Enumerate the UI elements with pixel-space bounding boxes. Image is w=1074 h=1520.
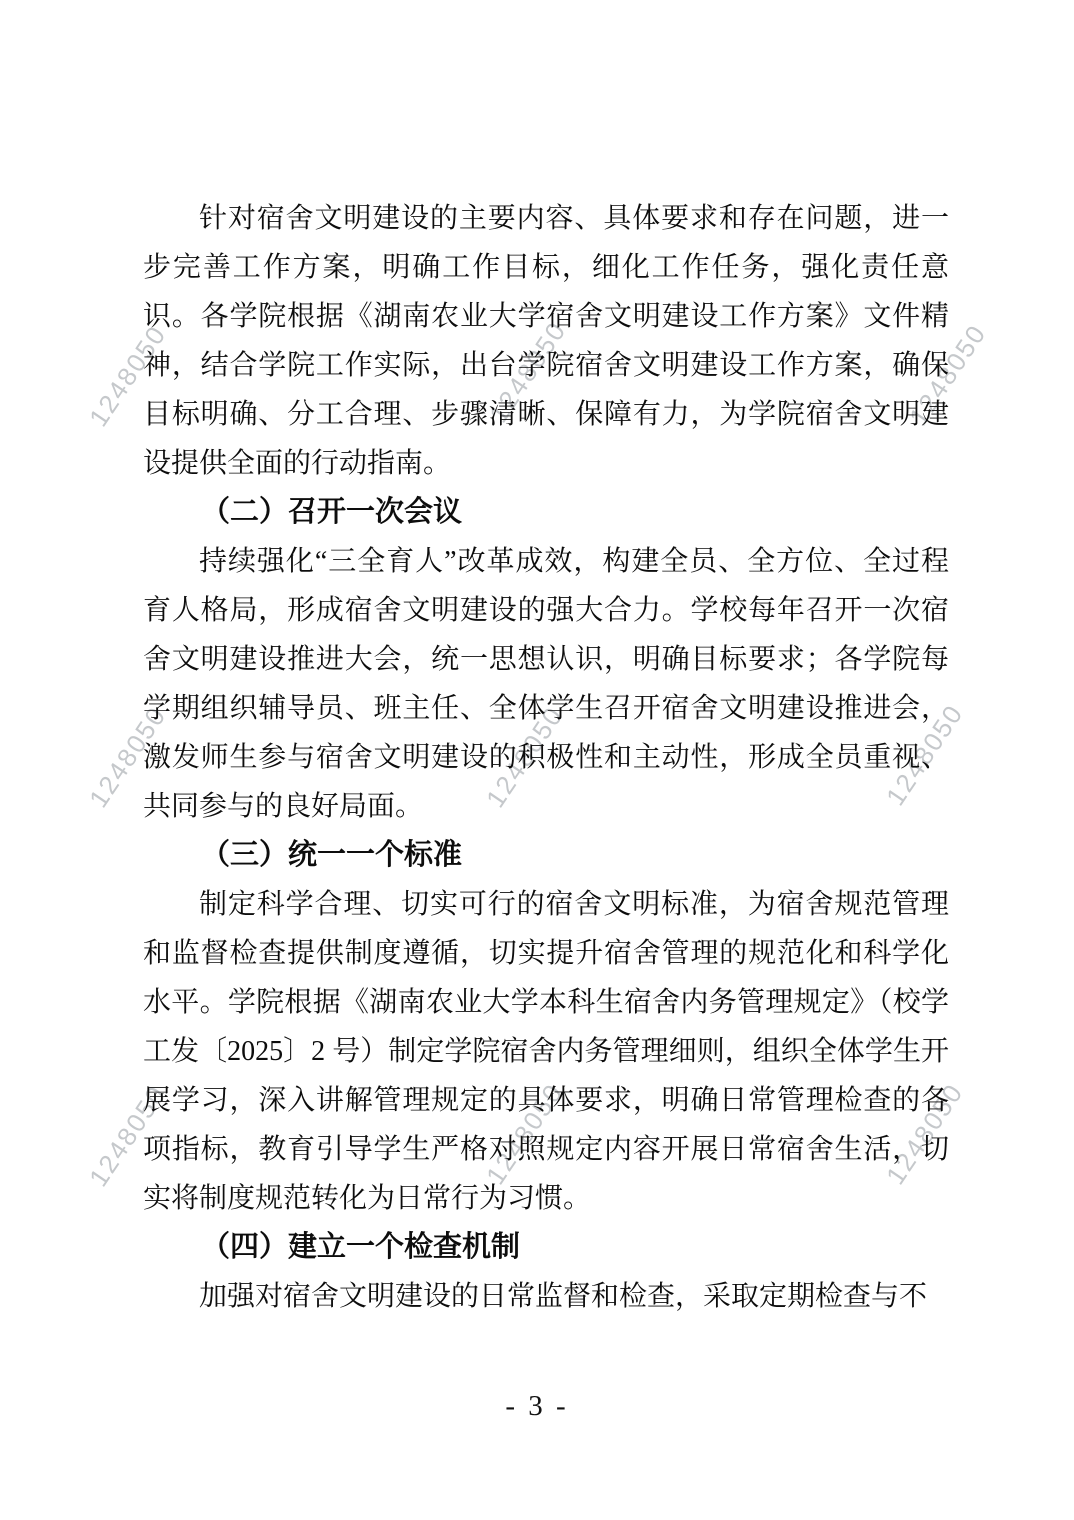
body-paragraph: 针对宿舍文明建设的主要内容、具体要求和存在问题，进一步完善工作方案，明确工作目标… <box>143 194 949 488</box>
section-heading-4: （四）建立一个检查机制 <box>143 1223 949 1272</box>
document-body: 针对宿舍文明建设的主要内容、具体要求和存在问题，进一步完善工作方案，明确工作目标… <box>143 194 949 1321</box>
body-paragraph: 加强对宿舍文明建设的日常监督和检查，采取定期检查与不 <box>143 1272 949 1321</box>
document-page: 1248050 1248050 1248050 1248050 1248050 … <box>0 0 1074 1520</box>
section-heading-3: （三）统一一个标准 <box>143 831 949 880</box>
body-paragraph: 持续强化“三全育人”改革成效，构建全员、全方位、全过程育人格局，形成宿舍文明建设… <box>143 537 949 831</box>
body-paragraph: 制定科学合理、切实可行的宿舍文明标准，为宿舍规范管理和监督检查提供制度遵循，切实… <box>143 880 949 1223</box>
page-number: - 3 - <box>0 1390 1074 1423</box>
section-heading-2: （二）召开一次会议 <box>143 488 949 537</box>
